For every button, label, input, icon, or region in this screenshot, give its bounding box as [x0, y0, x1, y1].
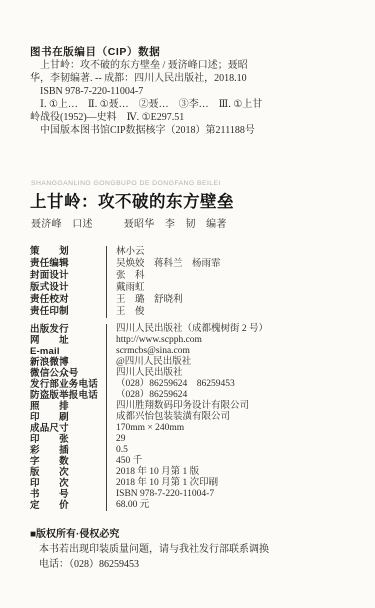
credits-row: 责任印制 王 俊 [30, 306, 367, 318]
publishing-value: 68.00 元 [106, 500, 367, 511]
book-title: 上甘岭：攻不破的东方壁垒 [30, 188, 234, 212]
publishing-label: 微信公众号 [30, 368, 106, 379]
publishing-value: http://www.scpph.com [106, 335, 367, 346]
publishing-row: 出版发行 四川人民出版社（成都槐树街 2 号） [30, 324, 367, 335]
publishing-row: 网 址 http://www.scpph.com [30, 335, 367, 346]
publishing-value: 170mm × 240mm [106, 423, 367, 434]
publishing-label: 印 刷 [30, 412, 106, 423]
credit-value: 林小云 [106, 246, 367, 258]
publishing-value: 2018 年 10 月第 1 次印刷 [106, 478, 367, 489]
credit-label: 版式设计 [30, 282, 106, 294]
credit-value: 张 科 [106, 270, 367, 282]
pinyin-title: SHANGGANLING GONGBUPO DE DONGFANG BEILEI [31, 180, 221, 187]
publishing-label: 网 址 [30, 335, 106, 346]
publishing-value: 成都兴怡包装装潢有限公司 [106, 412, 367, 423]
credit-label: 责任编辑 [30, 258, 106, 270]
credits-row: 封面设计 张 科 [30, 270, 367, 282]
credit-label: 责任校对 [30, 294, 106, 306]
publishing-label: 防盗版举报电话 [30, 390, 106, 401]
cip-record-line-1: 上甘岭：攻不破的东方壁垒 / 聂济峰口述；聂昭 [30, 59, 361, 72]
cip-class-line-1: Ⅰ. ①上… Ⅱ. ①聂… ②聂… ③李… Ⅲ. ①上甘 [30, 98, 361, 111]
credit-value: 吴焕姣 蒋科兰 杨雨霏 [106, 258, 367, 270]
publishing-label: 印 次 [30, 478, 106, 489]
credits-block: 策 划 林小云 责任编辑 吴焕姣 蒋科兰 杨雨霏 封面设计 张 科 版式设计 戴… [30, 246, 367, 318]
publishing-row: 成品尺寸 170mm × 240mm [30, 423, 367, 434]
copyright-notice: ■版权所有·侵权必究 本书若出现印装质量问题，请与我社发行部联系调换 电话：（0… [30, 529, 361, 570]
publishing-label: 出版发行 [30, 324, 106, 335]
publishing-value: 四川人民出版社 [106, 368, 367, 379]
publishing-label: E-mail [30, 346, 106, 357]
publishing-value: 四川胜翔数码印务设计有限公司 [106, 401, 367, 412]
publishing-row: 定 价 68.00 元 [30, 500, 367, 511]
publishing-row: 发行部业务电话 （028）86259624 86259453 [30, 379, 367, 390]
publishing-label: 定 价 [30, 500, 106, 511]
copyright-notice-title: ■版权所有·侵权必究 [30, 529, 361, 541]
publishing-row: 印 次 2018 年 10 月第 1 次印刷 [30, 478, 367, 489]
copyright-page: 图书在版编目（CIP）数据 上甘岭：攻不破的东方壁垒 / 聂济峰口述；聂昭 华，… [0, 0, 375, 608]
cip-block: 图书在版编目（CIP）数据 上甘岭：攻不破的东方壁垒 / 聂济峰口述；聂昭 华，… [30, 46, 361, 137]
cip-class-line-2: 岭战役(1952)—史料 Ⅳ. ①E297.51 [30, 111, 361, 124]
credits-row: 责任编辑 吴焕姣 蒋科兰 杨雨霏 [30, 258, 367, 270]
publishing-label: 成品尺寸 [30, 423, 106, 434]
publishing-row: 书 号 ISBN 978-7-220-11004-7 [30, 489, 367, 500]
publishing-row: 彩 插 0.5 [30, 445, 367, 456]
publishing-label: 照 排 [30, 401, 106, 412]
publishing-value: 450 千 [106, 456, 367, 467]
cip-registry-line: 中国版本图书馆CIP数据核字（2018）第211188号 [30, 124, 361, 137]
publishing-row: 防盗版举报电话 （028）86259624 [30, 390, 367, 401]
publishing-row: 微信公众号 四川人民出版社 [30, 368, 367, 379]
publishing-value: 29 [106, 434, 367, 445]
publishing-value: @四川人民出版社 [106, 357, 367, 368]
publishing-label: 版 次 [30, 467, 106, 478]
publishing-row: 字 数 450 千 [30, 456, 367, 467]
credit-label: 封面设计 [30, 270, 106, 282]
publishing-value: 四川人民出版社（成都槐树街 2 号） [106, 324, 367, 335]
credits-row: 责任校对 王 璐 舒晓利 [30, 294, 367, 306]
copyright-notice-line-3: 电话：（028）86259453 [30, 559, 361, 571]
publishing-value: （028）86259624 86259453 [106, 379, 367, 390]
publishing-row: 新浪微博 @四川人民出版社 [30, 357, 367, 368]
publishing-label: 字 数 [30, 456, 106, 467]
publishing-label: 书 号 [30, 489, 106, 500]
authors-line: 聂济峰 口述 聂昭华 李 韧 编著 [31, 215, 227, 230]
credit-value: 戴雨虹 [106, 282, 367, 294]
publishing-label: 印 张 [30, 434, 106, 445]
credits-row: 策 划 林小云 [30, 246, 367, 258]
cip-header: 图书在版编目（CIP）数据 [30, 46, 361, 59]
credit-value: 王 璐 舒晓利 [106, 294, 367, 306]
publishing-label: 新浪微博 [30, 357, 106, 368]
publishing-row: 印 刷 成都兴怡包装装潢有限公司 [30, 412, 367, 423]
publishing-block: 出版发行 四川人民出版社（成都槐树街 2 号） 网 址 http://www.s… [30, 324, 367, 511]
publishing-value: 0.5 [106, 445, 367, 456]
credit-label: 责任印制 [30, 306, 106, 318]
publishing-value: （028）86259624 [106, 390, 367, 401]
copyright-notice-line-2: 本书若出现印装质量问题，请与我社发行部联系调换 [30, 544, 361, 556]
credit-value: 王 俊 [106, 306, 367, 318]
publishing-row: E-mail scrmcbs@sina.com [30, 346, 367, 357]
cip-isbn-line: ISBN 978-7-220-11004-7 [30, 85, 361, 98]
publishing-value: scrmcbs@sina.com [106, 346, 367, 357]
publishing-row: 照 排 四川胜翔数码印务设计有限公司 [30, 401, 367, 412]
publishing-label: 发行部业务电话 [30, 379, 106, 390]
credits-row: 版式设计 戴雨虹 [30, 282, 367, 294]
publishing-row: 印 张 29 [30, 434, 367, 445]
cip-record-line-2: 华，李韧编著. -- 成都：四川人民出版社，2018.10 [30, 72, 361, 85]
publishing-value: ISBN 978-7-220-11004-7 [106, 489, 367, 500]
publishing-row: 版 次 2018 年 10 月第 1 版 [30, 467, 367, 478]
publishing-value: 2018 年 10 月第 1 版 [106, 467, 367, 478]
credit-label: 策 划 [30, 246, 106, 258]
publishing-label: 彩 插 [30, 445, 106, 456]
